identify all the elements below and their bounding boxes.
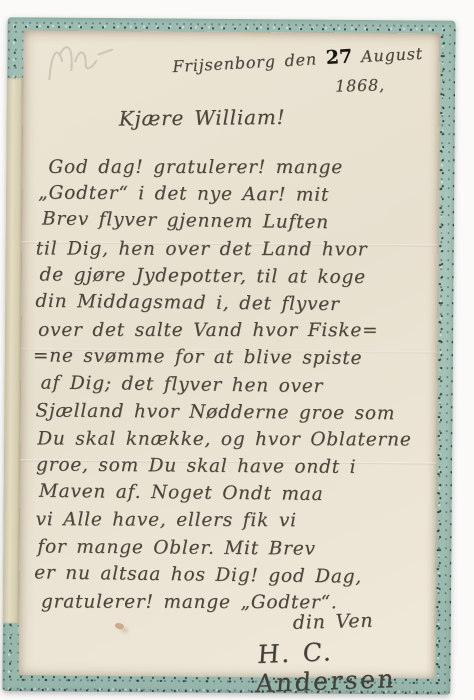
handwritten-line: Sjælland hvor Nødderne groe som <box>35 397 430 427</box>
dateline-month: August <box>361 44 424 66</box>
photo-background: Frijsenborg den 27 August 1868, Kjære Wi… <box>0 0 474 700</box>
dateline-year: 1868, <box>335 75 385 95</box>
handwritten-line: til Dig, hen over det Land hvor <box>36 235 432 263</box>
dateline-place: Frijsenborg den <box>172 49 317 76</box>
handwritten-line: af Dig; det flyver hen over <box>41 369 431 401</box>
handwritten-line: groe, som Du skal have ondt i <box>36 451 430 481</box>
handwritten-line: de gjøre Jydepotter, til at koge <box>39 261 431 291</box>
handwritten-line: din Middagsmad i, det flyver <box>35 288 431 320</box>
foxing-stain <box>114 622 125 631</box>
letter-page: Frijsenborg den 27 August 1868, Kjære Wi… <box>18 30 440 678</box>
handwritten-line: vi Alle have, ellers fik vi <box>36 507 430 536</box>
handwritten-line: er nu altsaa hos Dig! god Dag, <box>34 559 429 591</box>
pencil-inscription <box>36 31 126 90</box>
handwritten-line: Maven af. Noget Ondt maa <box>39 478 430 510</box>
signature-hc-andersen: H. C. Andersen <box>255 634 437 699</box>
dateline-day-overwritten: 27 <box>325 46 353 69</box>
handwritten-line: over det salte Vand hvor Fiske= <box>38 317 431 345</box>
handwritten-line: Du skal knække, og hvor Oblaterne <box>37 425 430 453</box>
closing-valediction: din Ven <box>293 610 374 634</box>
salutation: Kjære William! <box>119 105 286 131</box>
letter-body: God dag! gratulerer! mange „Godter“ i de… <box>33 152 433 617</box>
handwritten-line: =ne svømme for at blive spiste <box>33 343 431 373</box>
book-with-letter: Frijsenborg den 27 August 1868, Kjære Wi… <box>0 0 474 700</box>
handwritten-line: for mange Obler. Mit Brev <box>37 533 429 563</box>
dateline: Frijsenborg den 27 August <box>172 42 424 77</box>
handwritten-line: Brev flyver gjennem Luften <box>42 206 432 238</box>
handwritten-line: God dag! gratulerer! mange <box>48 154 432 182</box>
